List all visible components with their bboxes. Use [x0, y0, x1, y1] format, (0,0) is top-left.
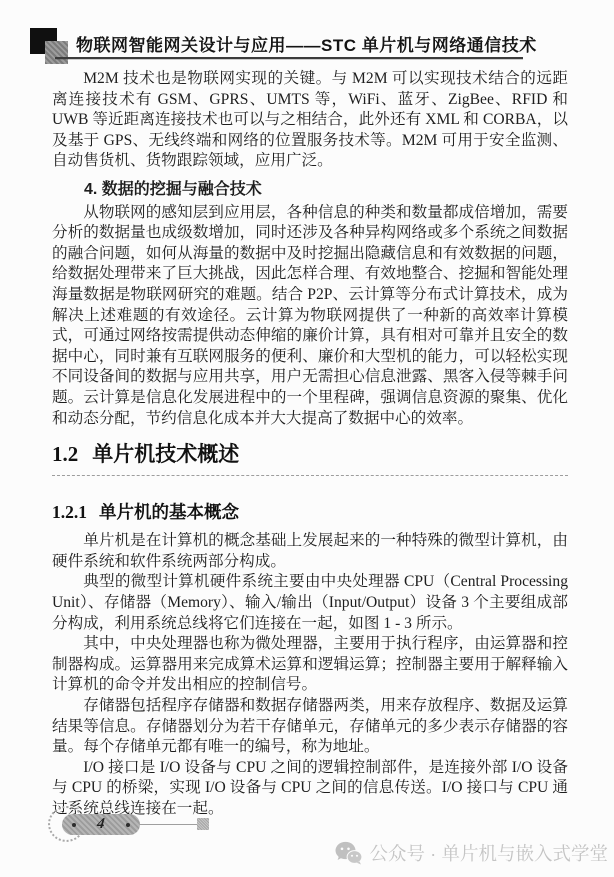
pill-dot-left	[72, 823, 76, 827]
paragraph-memory: 存储器包括程序存储器和数据存储器两类，用来存放程序、数据及运算结果等信息。存储器…	[52, 696, 568, 758]
header-gray-square-ornament	[45, 41, 68, 64]
subsection-number: 1.2.1	[52, 502, 87, 522]
section-title: 单片机技术概述	[92, 443, 239, 466]
paragraph-mcu-intro: 单片机是在计算机的概念基础上发展起来的一种特殊的微型计算机，由硬件系统和软件系统…	[52, 531, 568, 572]
footer-end-square-ornament	[197, 818, 209, 830]
section-number: 1.2	[52, 442, 78, 466]
watermark: 公众号 · 单片机与嵌入式学堂	[335, 840, 608, 866]
paragraph-data-mining: 从物联网的感知层到应用层，各种信息的种类和数量都成倍增加，需要分析的数据量也成级…	[52, 203, 568, 430]
watermark-text: 公众号 · 单片机与嵌入式学堂	[370, 840, 608, 866]
subsection-title: 单片机的基本概念	[99, 502, 239, 522]
page-header: 物联网智能网关设计与应用——STC 单片机与网络通信技术	[0, 27, 614, 67]
page-number: 4	[96, 816, 105, 833]
paragraph-hardware-system: 典型的微型计算机硬件系统主要由中央处理器 CPU（Central Process…	[52, 572, 568, 634]
running-head-title: 物联网智能网关设计与应用——STC 单片机与网络通信技术	[76, 31, 537, 56]
book-page: 物联网智能网关设计与应用——STC 单片机与网络通信技术 M2M 技术也是物联网…	[0, 0, 614, 877]
wechat-icon	[335, 841, 362, 865]
page-content: M2M 技术也是物联网实现的关键。与 M2M 可以实现技术结合的远距离连接技术有…	[52, 69, 568, 820]
page-number-pill: 4	[62, 814, 140, 835]
footer-line-ornament	[140, 824, 197, 825]
paragraph-m2m: M2M 技术也是物联网实现的关键。与 M2M 可以实现技术结合的远距离连接技术有…	[52, 69, 568, 172]
pill-dot-right	[126, 823, 130, 827]
list-heading-data-mining: 4. 数据的挖掘与融合技术	[52, 180, 568, 201]
header-rule	[55, 57, 523, 59]
subsection-heading-1-2-1: 1.2.1单片机的基本概念	[52, 502, 568, 523]
paragraph-cpu: 其中，中央处理器也称为微处理器，主要用于执行程序，由运算器和控制器构成。运算器用…	[52, 634, 568, 696]
section-heading-1-2: 1.2单片机技术概述	[52, 444, 568, 476]
